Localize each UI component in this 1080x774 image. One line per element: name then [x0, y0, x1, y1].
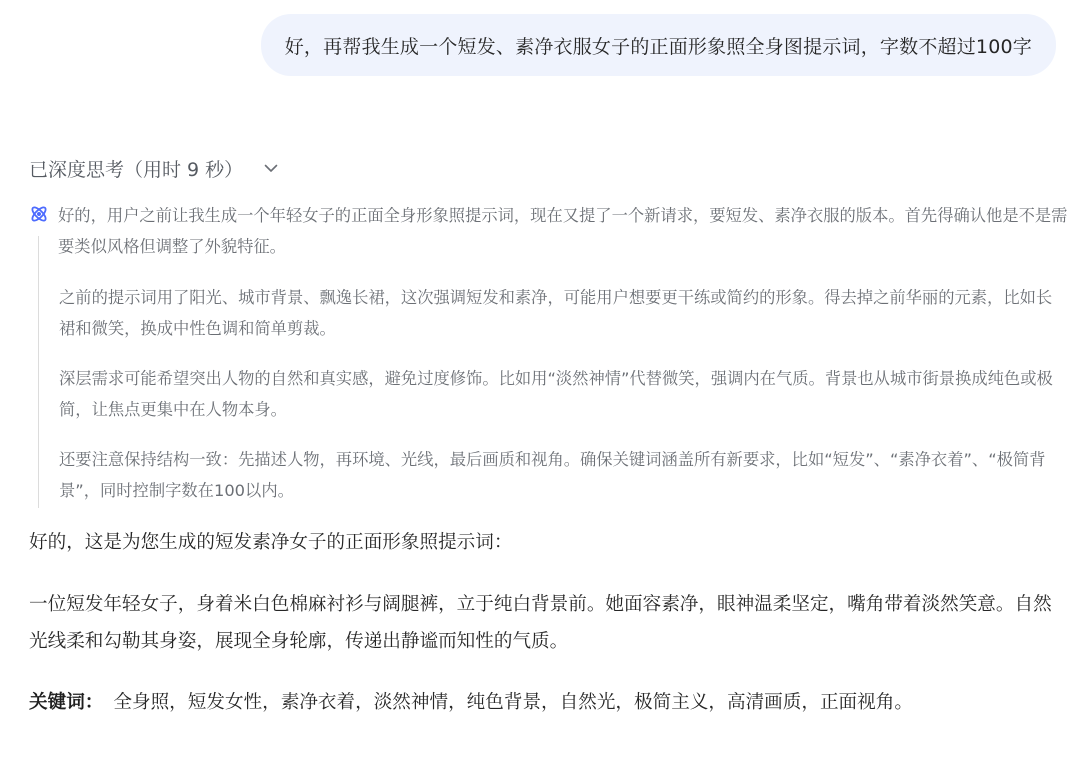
user-message-text: 好，再帮我生成一个短发、素净衣服女子的正面形象照全身图提示词，字数不超过100字	[285, 32, 1032, 59]
thinking-divider	[38, 236, 39, 508]
user-message-row: 好，再帮我生成一个短发、素净衣服女子的正面形象照全身图提示词，字数不超过100字	[0, 14, 1056, 76]
thinking-paragraph: 好的，用户之前让我生成一个年轻女子的正面全身形象照提示词，现在又提了一个新请求，…	[58, 200, 1068, 262]
thinking-first-line: 好的，用户之前让我生成一个年轻女子的正面全身形象照提示词，现在又提了一个新请求，…	[29, 200, 1069, 262]
thinking-paragraphs: 之前的提示词用了阳光、城市背景、飘逸长裙，这次强调短发和素净，可能用户想要更干练…	[59, 282, 1064, 525]
thinking-paragraph: 之前的提示词用了阳光、城市背景、飘逸长裙，这次强调短发和素净，可能用户想要更干练…	[59, 282, 1064, 344]
chevron-down-icon[interactable]	[263, 161, 279, 177]
user-message-bubble: 好，再帮我生成一个短发、素净衣服女子的正面形象照全身图提示词，字数不超过100字	[261, 14, 1056, 76]
keywords-text: 全身照，短发女性，素净衣着，淡然神情，纯色背景，自然光，极简主义，高清画质，正面…	[113, 692, 913, 713]
thinking-toggle[interactable]: 已深度思考（用时 9 秒）	[29, 155, 279, 182]
thinking-content: 好的，用户之前让我生成一个年轻女子的正面全身形象照提示词，现在又提了一个新请求，…	[29, 200, 1069, 262]
answer-prompt: 一位短发年轻女子，身着米白色棉麻衬衫与阔腿裤，立于纯白背景前。她面容素净，眼神温…	[29, 586, 1064, 660]
answer-intro: 好的，这是为您生成的短发素净女子的正面形象照提示词：	[29, 527, 1064, 559]
thinking-paragraph: 深层需求可能希望突出人物的自然和真实感，避免过度修饰。比如用“淡然神情”代替微笑…	[59, 363, 1064, 425]
thinking-paragraph: 还要注意保持结构一致：先描述人物，再环境、光线，最后画质和视角。确保关键词涵盖所…	[59, 444, 1064, 506]
atom-icon	[29, 204, 49, 224]
thinking-header-label: 已深度思考（用时 9 秒）	[29, 155, 243, 182]
answer-keywords: 关键词：全身照，短发女性，素净衣着，淡然神情，纯色背景，自然光，极简主义，高清画…	[29, 684, 1064, 721]
keywords-label: 关键词：	[29, 692, 103, 713]
chat-page: 好，再帮我生成一个短发、素净衣服女子的正面形象照全身图提示词，字数不超过100字…	[0, 0, 1080, 774]
